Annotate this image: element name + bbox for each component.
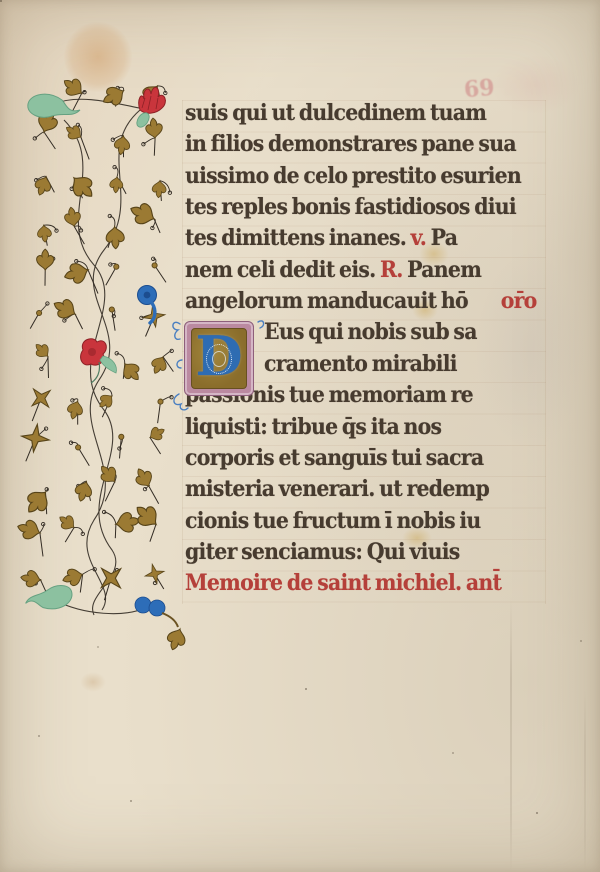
text-line: liquisti: tribue q̄s ita nos: [185, 413, 441, 442]
body-text: Pa: [426, 225, 457, 251]
text-line: Eus qui nobis sub sa: [264, 318, 477, 347]
body-text: in filios demonstrares pane sua: [185, 131, 516, 157]
rubric-text: or̄o: [501, 287, 537, 316]
body-text: Eus qui nobis sub sa: [264, 319, 477, 345]
text-line: nem celi dedit eis. R. Panem: [185, 256, 481, 285]
text-line: in filios demonstrares pane sua: [185, 130, 516, 159]
filigree-ring-icon: [212, 351, 226, 367]
text-line: cramento mirabili: [264, 350, 457, 379]
rubric-text: Memoire de saint michiel. ant̄: [185, 570, 501, 596]
rubric-text: R.: [380, 257, 403, 283]
body-text: suis qui ut dulcedinem tuam: [185, 100, 486, 126]
page-root: 69 suis qui ut dulcedinem tuamin filios …: [0, 0, 600, 872]
text-line: uissimo de celo prestito esurien: [185, 162, 521, 191]
parchment-crease: [584, 690, 586, 872]
body-text: cramento mirabili: [264, 351, 457, 377]
body-text: tes reples bonis fastidiosos diui: [185, 194, 516, 220]
body-text: giter senciamus: Qui viuis: [185, 539, 460, 565]
body-text: liquisti: tribue q̄s ita nos: [185, 414, 441, 440]
parchment-spot: [80, 672, 106, 692]
body-text: tes dimittens inanes.: [185, 225, 411, 251]
text-block: suis qui ut dulcedinem tuamin filios dem…: [0, 0, 600, 640]
body-text: corporis et sanguīs tui sacra: [185, 445, 483, 471]
body-text: cionis tue fructum ī nobis iu: [185, 508, 481, 534]
rubric-text: v.: [411, 225, 426, 251]
text-line: cionis tue fructum ī nobis iu: [185, 507, 481, 536]
text-line: tes reples bonis fastidiosos diui: [185, 193, 516, 222]
rubric-line: Memoire de saint michiel. ant̄: [185, 569, 501, 598]
text-line: giter senciamus: Qui viuis: [185, 538, 460, 567]
body-text: misteria venerari. ut redemp: [185, 476, 489, 502]
drop-cap: D: [178, 318, 258, 400]
body-text: nem celi dedit eis.: [185, 257, 380, 283]
text-line: suis qui ut dulcedinem tuam: [185, 99, 486, 128]
text-line: tes dimittens inanes. v. Pa: [185, 224, 457, 253]
body-text: uissimo de celo prestito esurien: [185, 163, 521, 189]
text-line: corporis et sanguīs tui sacra: [185, 444, 483, 473]
body-text: Panem: [403, 257, 481, 283]
text-line: misteria venerari. ut redemp: [185, 475, 489, 504]
